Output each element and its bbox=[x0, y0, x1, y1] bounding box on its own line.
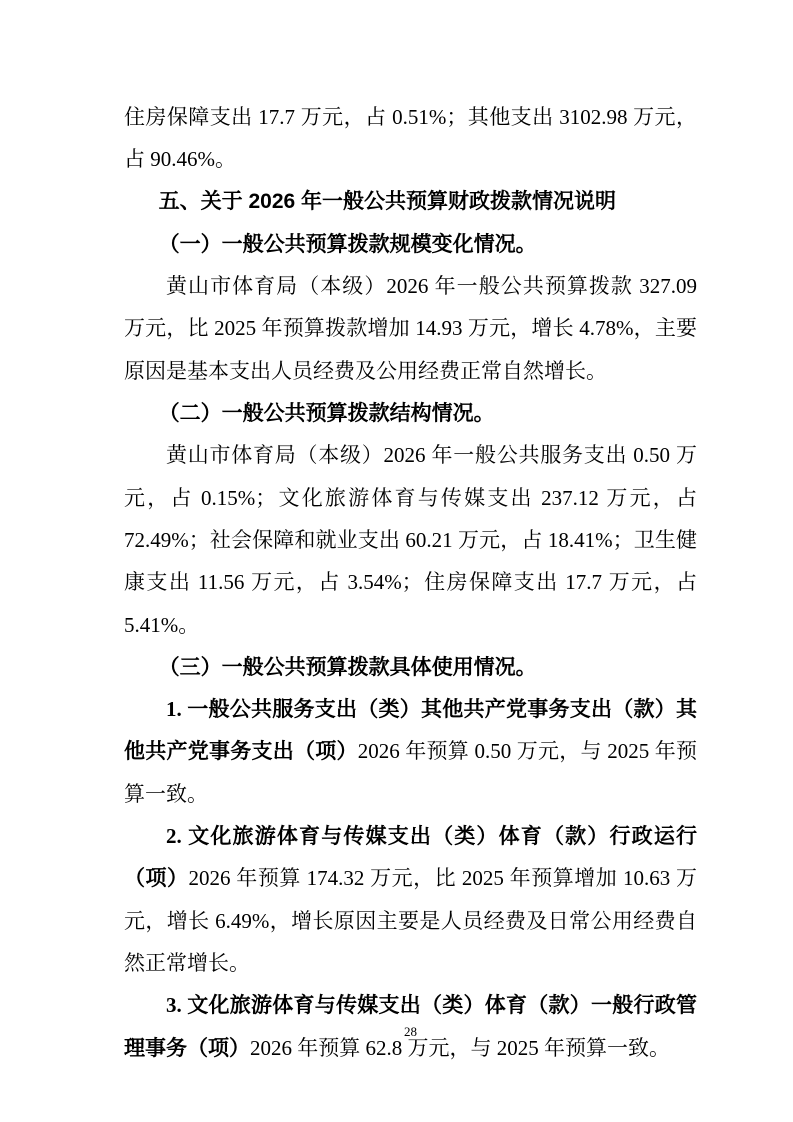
section-heading: 五、关于 2026 年一般公共预算财政拨款情况说明 bbox=[124, 181, 697, 223]
document-page: 住房保障支出 17.7 万元，占 0.51%；其他支出 3102.98 万元，占… bbox=[0, 0, 793, 1122]
page-number: 28 bbox=[14, 1022, 793, 1042]
subsection-heading-2: （二）一般公共预算拨款结构情况。 bbox=[124, 392, 697, 434]
subsection-heading-1: （一）一般公共预算拨款规模变化情况。 bbox=[124, 223, 697, 265]
numbered-item-1: 1. 一般公共服务支出（类）其他共产党事务支出（款）其他共产党事务支出（项）20… bbox=[124, 688, 697, 815]
subsection-2-paragraph: 黄山市体育局（本级）2026 年一般公共服务支出 0.50 万元，占 0.15%… bbox=[124, 434, 697, 645]
continuation-paragraph: 住房保障支出 17.7 万元，占 0.51%；其他支出 3102.98 万元，占… bbox=[124, 96, 697, 181]
numbered-item-2-text: 2026 年预算 174.32 万元，比 2025 年预算增加 10.63 万元… bbox=[124, 866, 697, 975]
numbered-item-2: 2. 文化旅游体育与传媒支出（类）体育（款）行政运行（项）2026 年预算 17… bbox=[124, 815, 697, 984]
subsection-1-paragraph: 黄山市体育局（本级）2026 年一般公共预算拨款 327.09 万元，比 202… bbox=[124, 265, 697, 392]
subsection-heading-3: （三）一般公共预算拨款具体使用情况。 bbox=[124, 646, 697, 688]
